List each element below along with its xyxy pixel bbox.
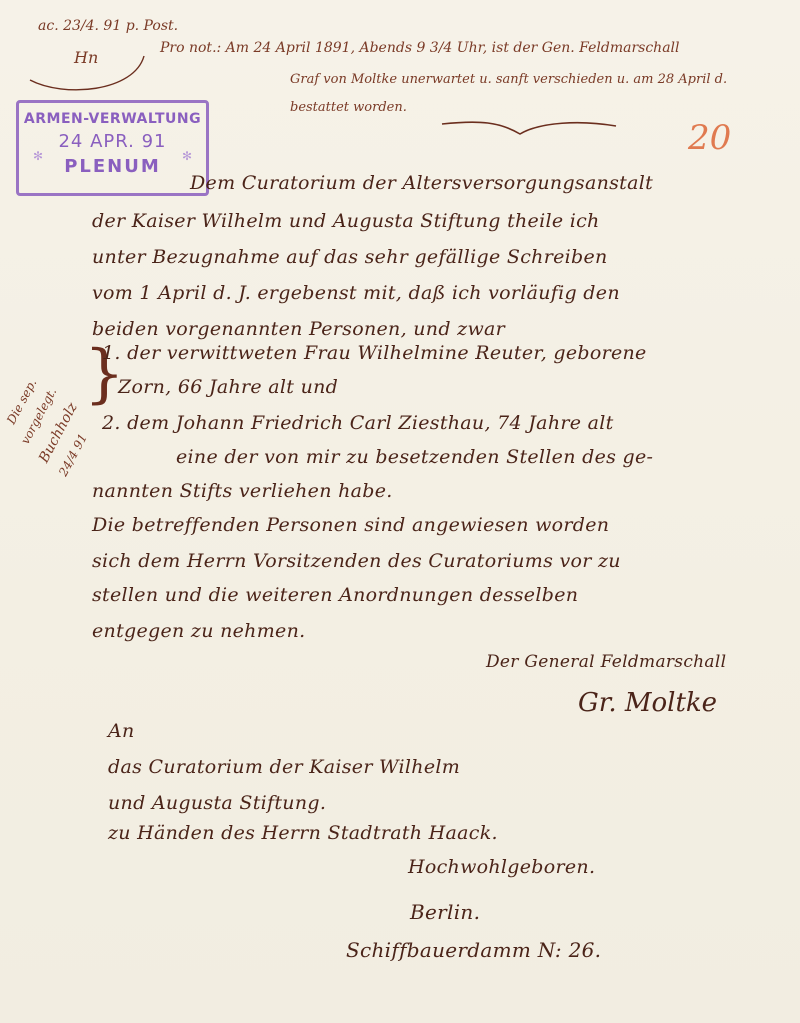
body-line-8: sich dem Herrn Vorsitzenden des Curatori… <box>92 550 621 572</box>
list-number: 2. <box>102 412 121 434</box>
body-line-4: vom 1 April d. J. ergebenst mit, daß ich… <box>92 282 620 304</box>
address-line-2: das Curatorium der Kaiser Wilhelm <box>108 756 460 778</box>
address-street: Schiffbauerdamm N: 26. <box>346 938 601 962</box>
address-line-4: zu Händen des Herrn Stadtrath Haack. <box>108 822 498 844</box>
signature: Gr. Moltke <box>578 688 717 718</box>
address-line-5: Hochwohlgeboren. <box>408 856 595 878</box>
stamp-star-icon: ✻ <box>182 149 192 163</box>
body-line-7: Die betreffenden Personen sind angewiese… <box>92 514 609 536</box>
address-line-3: und Augusta Stiftung. <box>108 792 326 814</box>
stamp-plenum: PLENUM <box>19 156 206 177</box>
body-line-2: der Kaiser Wilhelm und Augusta Stiftung … <box>92 210 600 232</box>
list-number: 1. <box>102 342 121 364</box>
folio-number: 20 <box>688 118 731 158</box>
list-text: der verwittweten Frau Wilhelmine Reuter,… <box>127 342 647 364</box>
receipt-note: ac. 23/4. 91 p. Post. <box>38 18 178 34</box>
pro-notitia-line3: bestattet worden. <box>290 100 407 115</box>
body-line-10: entgegen zu nehmen. <box>92 620 305 642</box>
body-line-1: Dem Curatorium der Altersversorgungsanst… <box>190 172 653 194</box>
list-item-1: 1. der verwittweten Frau Wilhelmine Reut… <box>102 342 647 364</box>
flourish-left-icon <box>24 52 154 102</box>
stamp-office: ARMEN-VERWALTUNG <box>19 111 206 127</box>
closing-title: Der General Feldmarschall <box>486 652 726 672</box>
stamp-date: 24 APR. 91 <box>19 131 206 152</box>
list-item-1-cont: Zorn, 66 Jahre alt und <box>118 376 338 398</box>
list-item-2: 2. dem Johann Friedrich Carl Ziesthau, 7… <box>102 412 614 434</box>
body-line-9: stellen und die weiteren Anordnungen des… <box>92 584 578 606</box>
list-text: dem Johann Friedrich Carl Ziesthau, 74 J… <box>127 412 613 434</box>
archive-stamp: ARMEN-VERWALTUNG 24 APR. 91 PLENUM ✻ ✻ <box>16 100 209 196</box>
body-line-3: unter Bezugnahme auf das sehr gefällige … <box>92 246 608 268</box>
address-line-1: An <box>108 720 135 742</box>
stamp-star-icon: ✻ <box>33 149 43 163</box>
body-line-6: nannten Stifts verliehen habe. <box>92 480 393 502</box>
pro-notitia-line1: Pro not.: Am 24 April 1891, Abends 9 3/4… <box>160 40 680 56</box>
list-item-2-cont: eine der von mir zu besetzenden Stellen … <box>176 446 653 468</box>
address-city: Berlin. <box>410 900 480 924</box>
flourish-divider-icon <box>440 118 620 142</box>
pro-notitia-line2: Graf von Moltke unerwartet u. sanft vers… <box>290 72 727 87</box>
body-line-5: beiden vorgenannten Personen, und zwar <box>92 318 505 340</box>
